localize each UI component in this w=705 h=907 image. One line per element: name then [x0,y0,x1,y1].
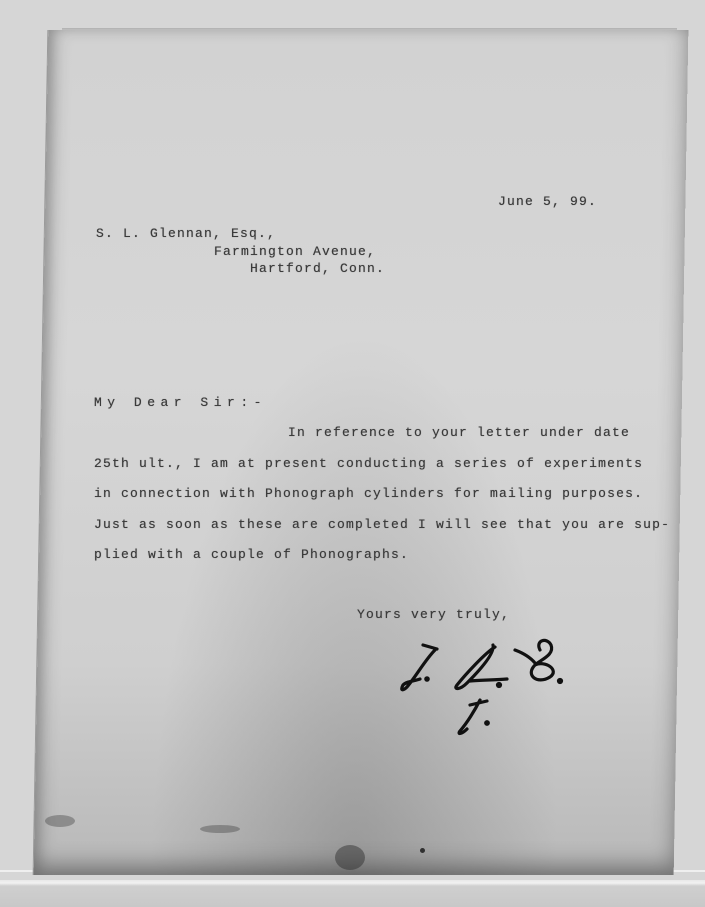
smudge-mark [45,815,75,827]
body-line: Just as soon as these are completed I wi… [94,517,670,532]
recipient-street: Farmington Avenue, [214,244,376,259]
salutation: My Dear Sir:- [94,395,267,410]
scanner-bed [0,880,705,907]
smudge-mark [420,848,425,853]
body-line: in connection with Phonograph cylinders … [94,486,643,501]
handwritten-signature [395,635,575,745]
smudge-mark [335,845,365,870]
letter-page [33,30,689,875]
body-line: In reference to your letter under date [288,425,630,440]
letter-date: June 5, 99. [498,194,597,209]
body-line: plied with a couple of Phonographs. [94,547,409,562]
body-line: 25th ult., I am at present conducting a … [94,456,643,471]
recipient-city: Hartford, Conn. [250,261,385,276]
smudge-mark [200,825,240,833]
closing: Yours very truly, [357,607,510,622]
recipient-name: S. L. Glennan, Esq., [96,226,276,241]
